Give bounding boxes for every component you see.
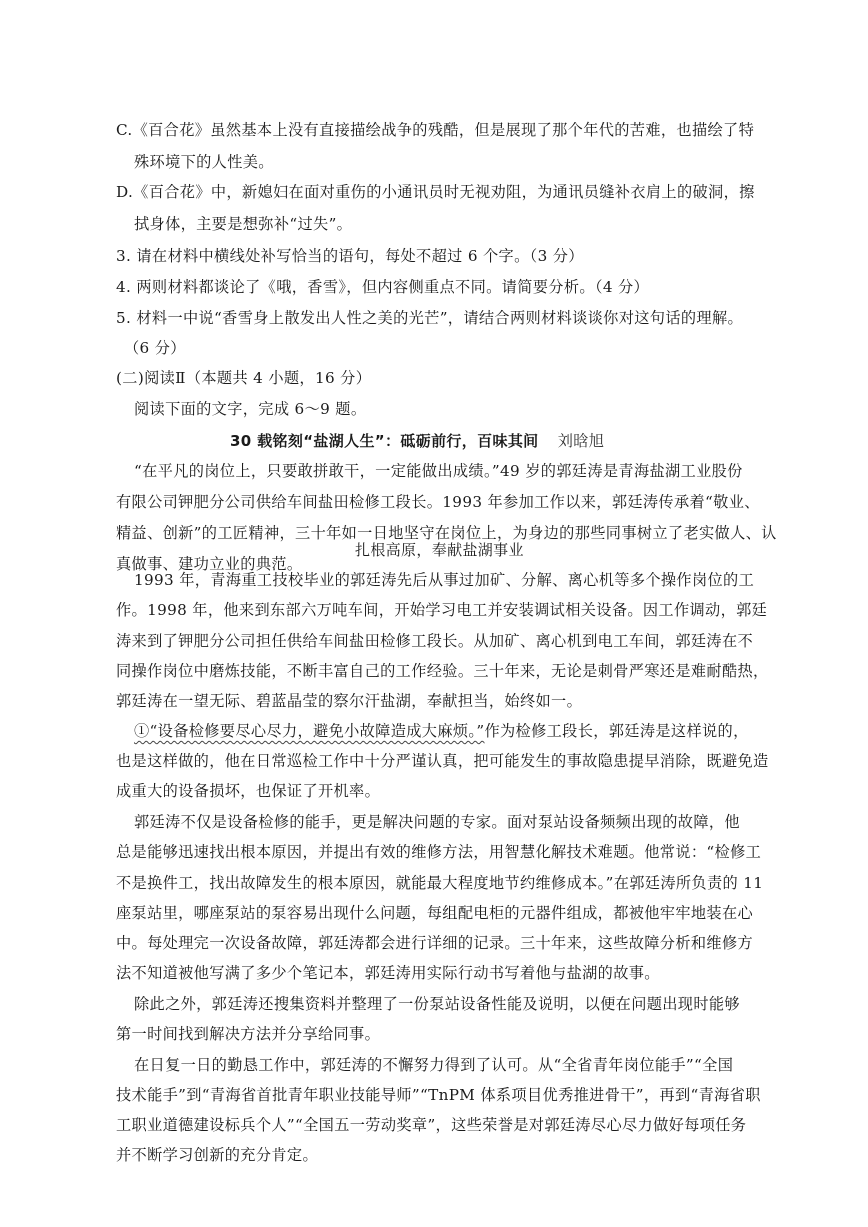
p4-line2: 总是能够迅速找出根本原因，并提出有效的维修方法，用智慧化解技术难题。他常说：“检… <box>116 842 756 862</box>
p6-line3: 工职业道德建设标兵个人”“全国五一劳动奖章”，这些荣誉是对郭廷涛尽心尽力做好每项… <box>116 1115 756 1135</box>
p6-line1: 在日复一日的勤恳工作中，郭廷涛的不懈努力得到了认可。从“全省青年岗位能手”“全国 <box>134 1055 774 1075</box>
p1-line1: “在平凡的岗位上，只要敢拼敢干，一定能做出成绩。”49 岁的郭廷涛是青海盐湖工业… <box>134 461 774 481</box>
p2-line1: 1993 年，青海重工技校毕业的郭廷涛先后从事过加矿、分解、离心机等多个操作岗位… <box>134 570 774 590</box>
p5-line2: 第一时间找到解决方法并分享给同事。 <box>116 1024 756 1044</box>
p6-line2: 技术能手”到“青海省首批青年职业技能导师”“TnPM 体系项目优秀推进骨干”，再… <box>116 1085 756 1105</box>
p2-line5: 郭廷涛在一望无际、碧蓝晶莹的察尔汗盐湖，奉献担当，始终如一。 <box>116 691 756 711</box>
p2-line4: 同操作岗位中磨炼技能，不断丰富自己的工作经验。三十年来，无论是刺骨严寒还是难耐酷… <box>116 661 756 681</box>
p5-line1: 除此之外，郭廷涛还搜集资料并整理了一份泵站设备性能及说明，以便在问题出现时能够 <box>134 994 774 1014</box>
question-5-line2: （6 分） <box>124 338 764 358</box>
p3-line3: 成重大的设备损坏，也保证了开机率。 <box>116 781 756 801</box>
p4-line6: 法不知道被他写满了多少个笔记本，郭廷涛用实际行动书写着他与盐湖的故事。 <box>116 963 756 983</box>
article-subheading: 扎根高原，奉献盐湖事业 <box>355 540 868 560</box>
p3-line2: 也是这样做的，他在日常巡检工作中十分严谨认真，把可能发生的事故隐患提早消除，既避… <box>116 751 756 771</box>
p4-line5: 中。每处理完一次设备故障，郭廷涛都会进行详细的记录。三十年来，这些故障分析和维修… <box>116 933 756 953</box>
p4-line1: 郭廷涛不仅是设备检修的能手，更是解决问题的专家。面对泵站设备频频出现的故障，他 <box>134 812 774 832</box>
p4-line3: 不是换件工，找出故障发生的根本原因，就能最大程度地节约维修成本。”在郭廷涛所负责… <box>116 873 756 893</box>
option-c-line1: C.《百合花》虽然基本上没有直接描绘战争的残酷，但是展现了那个年代的苦难，也描绘… <box>116 120 756 140</box>
option-c-line2: 殊环境下的人性美。 <box>134 152 774 172</box>
question-5-line1: 5. 材料一中说“香雪身上散发出人性之美的光芒”，请结合两则材料谈谈你对这句话的… <box>116 308 756 328</box>
p6-line4: 并不断学习创新的充分肯定。 <box>116 1145 756 1165</box>
article-author: 刘晗旭 <box>558 432 605 450</box>
section-instruction: 阅读下面的文字，完成 6～9 题。 <box>134 399 774 419</box>
p4-line4: 座泵站里，哪座泵站的泵容易出现什么问题，每组配电柜的元器件组成，都被他牢牢地装在… <box>116 903 756 923</box>
p2-line2: 作。1998 年，他来到东部六万吨车间，开始学习电工并安装调试相关设备。因工作调… <box>116 600 756 620</box>
p3-line1-rest: 作为检修工段长，郭廷涛是这样说的， <box>484 722 748 740</box>
article-title-row: 30 载铭刻“盐湖人生”：砥砺前行，百味其间 刘晗旭 <box>230 431 868 451</box>
option-d-line1: D.《百合花》中，新媳妇在面对重伤的小通讯员时无视劝阻，为通讯员缝补衣肩上的破洞… <box>116 182 756 202</box>
option-d-line2: 拭身体，主要是想弥补“过失”。 <box>134 214 774 234</box>
p3-line1: ①“设备检修要尽心尽力，避免小故障造成大麻烦。”作为检修工段长，郭廷涛是这样说的… <box>134 721 774 741</box>
article-title: 30 载铭刻“盐湖人生”：砥砺前行，百味其间 <box>230 432 539 450</box>
question-3: 3. 请在材料中横线处补写恰当的语句，每处不超过 6 个字。（3 分） <box>116 246 756 266</box>
exam-page: C.《百合花》虽然基本上没有直接描绘战争的残酷，但是展现了那个年代的苦难，也描绘… <box>0 0 868 1227</box>
p2-line3: 涛来到了钾肥分公司担任供给车间盐田检修工段长。从加矿、离心机到电工车间，郭廷涛在… <box>116 631 756 651</box>
marked-sentence-1: ①“设备检修要尽心尽力，避免小故障造成大麻烦。” <box>134 722 484 740</box>
p1-line2: 有限公司钾肥分公司供给车间盐田检修工段长。1993 年参加工作以来，郭廷涛传承着… <box>116 492 756 512</box>
question-4: 4. 两则材料都谈论了《哦，香雪》，但内容侧重点不同。请简要分析。（4 分） <box>116 277 756 297</box>
section-heading: (二)阅读Ⅱ（本题共 4 小题，16 分） <box>116 368 756 388</box>
